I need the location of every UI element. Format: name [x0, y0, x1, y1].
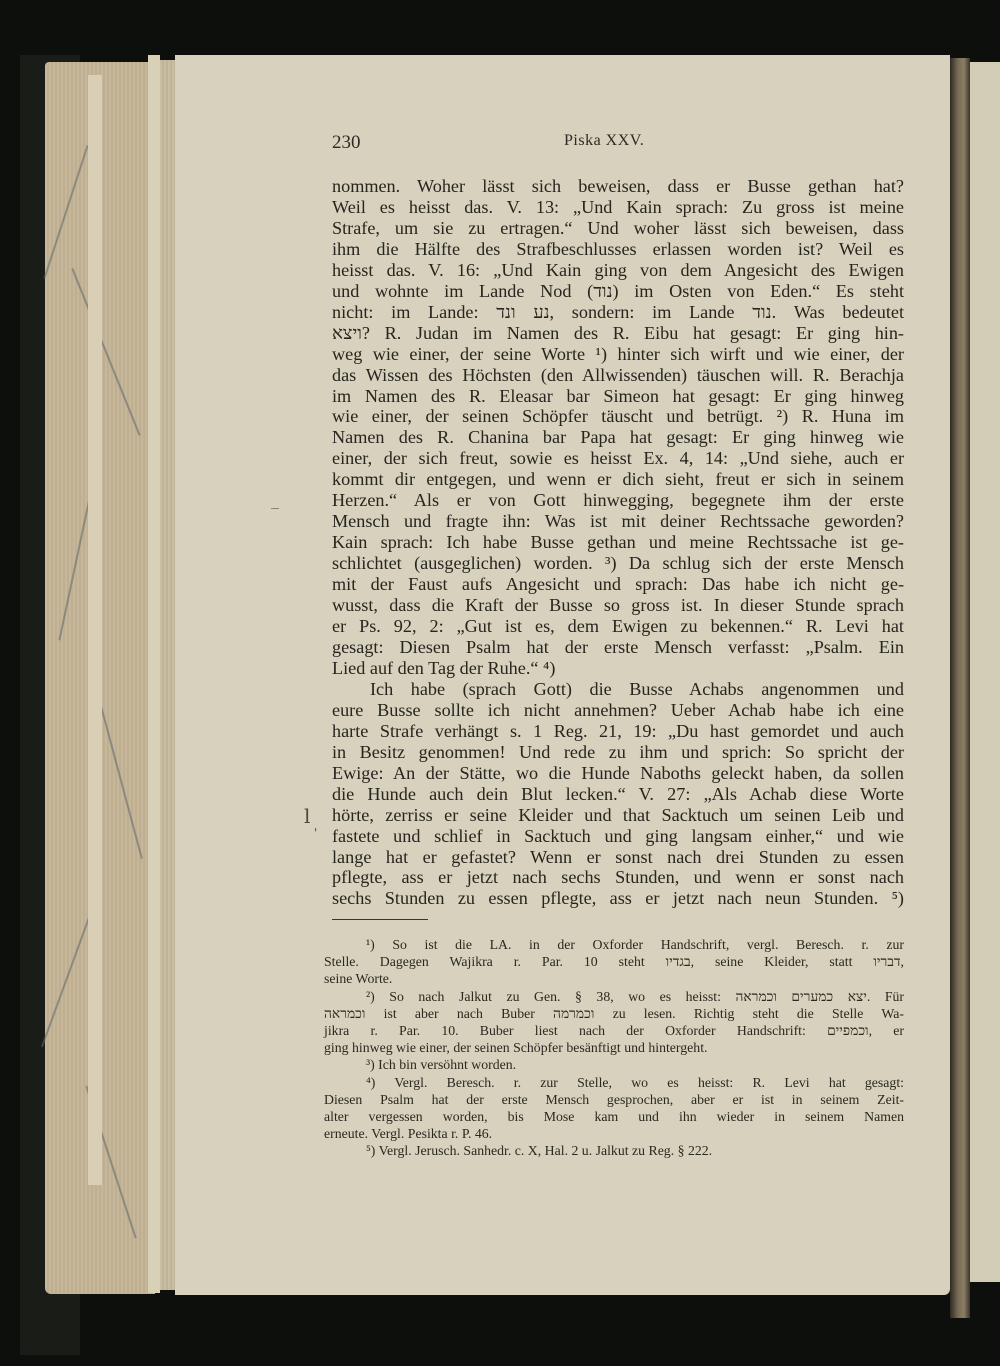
- margin-annotation-tick: ': [314, 826, 317, 840]
- text-line: er Ps. 92, 2: „Gut ist es, dem Ewigen zu…: [332, 616, 904, 637]
- text-line: fastete und schlief in Sacktuch und ging…: [332, 826, 904, 847]
- next-page-edge: [970, 62, 1000, 1282]
- paragraph-start-line: Ich habe (sprach Gott) die Busse Achabs …: [332, 679, 904, 700]
- book-spine-edge: [88, 75, 102, 1185]
- text-line: ihm die Hälfte des Strafbeschlusses erla…: [332, 239, 904, 260]
- text-line: Namen des R. Chanina bar Papa hat gesagt…: [332, 427, 904, 448]
- footnote-line: Diesen Psalm hat der erste Mensch gespro…: [324, 1091, 904, 1108]
- page-stack-strip: [148, 55, 160, 1293]
- text-line: im Namen des R. Eleasar bar Simeon hat g…: [332, 386, 904, 407]
- text-line: die Hunde auch dein Blut lecken.“ V. 27:…: [332, 784, 904, 805]
- text-line: wusst, dass die Kraft der Busse so gross…: [332, 595, 904, 616]
- footnote-2: ²) So nach Jalkut zu Gen. § 38, wo es he…: [324, 988, 904, 1005]
- footnote-divider: [332, 919, 428, 920]
- footnote-line: erneute. Vergl. Pesikta r. P. 46.: [324, 1125, 904, 1142]
- text-line: kommt dir entgegen, und wenn er dich sie…: [332, 469, 904, 490]
- running-header: 230 Piska XXV.: [332, 132, 912, 156]
- text-line: eure Busse sollte ich nicht annehmen? Ue…: [332, 700, 904, 721]
- text-line: das Wissen des Höchsten (den Allwissende…: [332, 365, 904, 386]
- footnote-5: ⁵) Vergl. Jerusch. Sanhedr. c. X, Hal. 2…: [324, 1142, 904, 1159]
- footnote-line: Stelle. Dagegen Wajikra r. Par. 10 steht…: [324, 953, 904, 970]
- margin-dash: [271, 508, 279, 509]
- book-gutter: [950, 58, 970, 1318]
- text-line: nommen. Woher lässt sich beweisen, dass …: [332, 176, 904, 197]
- main-text: nommen. Woher lässt sich beweisen, dass …: [332, 176, 904, 909]
- footnote-line: ging hinweg wie einer, der seinen Schöpf…: [324, 1039, 904, 1056]
- text-line: in Besitz genommen! Und rede zu ihm und …: [332, 742, 904, 763]
- text-line: sechs Stunden zu essen pflegte, ass er j…: [332, 888, 904, 909]
- text-line: Kain sprach: Ich habe Busse gethan und m…: [332, 532, 904, 553]
- text-line: wie einer, der seinen Schöpfer täuscht u…: [332, 406, 904, 427]
- footnote-line: seine Worte.: [324, 970, 904, 987]
- text-line: nicht: im Lande: נע ונד, sondern: im Lan…: [332, 302, 904, 323]
- footnote-line: jikra r. Par. 10. Buber liest nach der O…: [324, 1022, 904, 1039]
- text-line: mit der Faust aufs Angesicht und sprach:…: [332, 574, 904, 595]
- text-line: Herzen.“ Als er von Gott hinwegging, beg…: [332, 490, 904, 511]
- footnote-line: וכמראה ist aber nach Buber וכמרמה zu les…: [324, 1005, 904, 1022]
- text-line: Strafe, um sie zu ertragen.“ Und woher l…: [332, 218, 904, 239]
- margin-annotation-mark: l: [304, 804, 310, 828]
- text-line: lange hat er gefastet? Wenn er sonst nac…: [332, 847, 904, 868]
- text-line: einer, der sich freut, sowie es heisst E…: [332, 448, 904, 469]
- text-line: pflegte, ass er jetzt nach sechs Stunden…: [332, 867, 904, 888]
- header-title: Piska XXV.: [564, 132, 644, 150]
- footnote-3: ³) Ich bin versöhnt worden.: [324, 1056, 904, 1073]
- footnotes: ¹) So ist die LA. in der Oxforder Handsc…: [324, 936, 904, 1160]
- text-line: Lied auf den Tag der Ruhe.“ ⁴): [332, 658, 904, 679]
- text-line: schlichtet (ausgeglichen) worden. ³) Da …: [332, 553, 904, 574]
- footnote-1: ¹) So ist die LA. in der Oxforder Handsc…: [324, 936, 904, 953]
- text-line: heisst das. V. 16: „Und Kain ging von de…: [332, 260, 904, 281]
- text-line: Ewige: An der Stätte, wo die Hunde Nabot…: [332, 763, 904, 784]
- footnote-line: alter vergessen worden, bis Mose kam und…: [324, 1108, 904, 1125]
- text-line: und wohnte im Lande Nod (נוד) im Osten v…: [332, 281, 904, 302]
- footnote-4: ⁴) Vergl. Beresch. r. zur Stelle, wo es …: [324, 1074, 904, 1091]
- text-line: Mensch und fragte ihn: Was ist mit deine…: [332, 511, 904, 532]
- text-line: ויצא? R. Judan im Namen des R. Eibu hat …: [332, 323, 904, 344]
- text-line: Weil es heisst das. V. 13: „Und Kain spr…: [332, 197, 904, 218]
- text-line: gesagt: Diesen Psalm hat der erste Mensc…: [332, 637, 904, 658]
- text-line: weg wie einer, der seine Worte ¹) hinter…: [332, 344, 904, 365]
- text-line: hörte, zerriss er seine Kleider und that…: [332, 805, 904, 826]
- text-line: harte Strafe verhängt s. 1 Reg. 21, 19: …: [332, 721, 904, 742]
- page-number: 230: [332, 132, 361, 154]
